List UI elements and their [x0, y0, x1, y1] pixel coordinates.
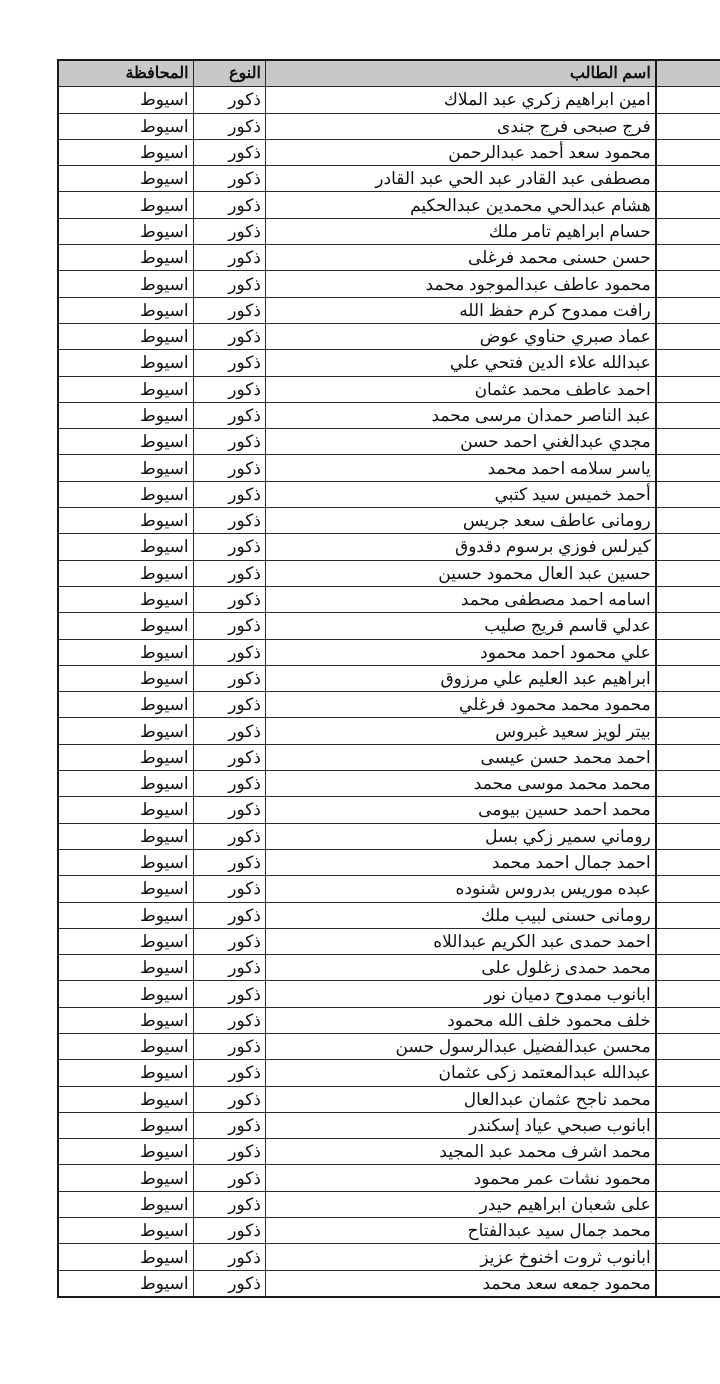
governorate-cell: اسيوط [58, 1112, 193, 1138]
empty-cell [656, 771, 720, 797]
governorate-cell: اسيوط [58, 1218, 193, 1244]
student-name-cell: احمد جمال احمد محمد [265, 849, 655, 875]
table-row: اسيوطذكورمحمد اشرف محمد عبد المجيد [58, 1139, 720, 1165]
empty-cell [656, 876, 720, 902]
type-cell: ذكور [193, 560, 265, 586]
empty-cell [656, 981, 720, 1007]
student-name-cell: حسام ابراهيم تامر ملك [265, 218, 655, 244]
header-type: النوع [193, 60, 265, 87]
student-name-cell: مصطفى عبد القادر عبد الحي عبد القادر [265, 166, 655, 192]
governorate-cell: اسيوط [58, 1033, 193, 1059]
student-name-cell: علي محمود احمد محمود [265, 639, 655, 665]
type-cell: ذكور [193, 665, 265, 691]
governorate-cell: اسيوط [58, 665, 193, 691]
governorate-cell: اسيوط [58, 1086, 193, 1112]
student-name-cell: ياسر سلامه احمد محمد [265, 455, 655, 481]
table-row: اسيوطذكورابانوب ممدوح دميان نور [58, 981, 720, 1007]
governorate-cell: اسيوط [58, 1060, 193, 1086]
table-row: اسيوطذكوركيرلس فوزي برسوم دقدوق [58, 534, 720, 560]
header-row: المحافظة النوع اسم الطالب [58, 60, 720, 87]
table-row: اسيوطذكورمحمد ناجح عثمان عبدالعال [58, 1086, 720, 1112]
student-name-cell: خلف محمود خلف الله محمود [265, 1007, 655, 1033]
table-row: اسيوطذكورابانوب ثروت اخنوخ عزيز [58, 1244, 720, 1270]
table-row: اسيوطذكورحسن حسنى محمد فرغلى [58, 245, 720, 271]
student-name-cell: محمد اشرف محمد عبد المجيد [265, 1139, 655, 1165]
type-cell: ذكور [193, 639, 265, 665]
student-name-cell: محمود عاطف عبدالموجود محمد [265, 271, 655, 297]
student-name-cell: مجدي عبدالغني احمد حسن [265, 429, 655, 455]
type-cell: ذكور [193, 402, 265, 428]
student-name-cell: محمود سعد أحمد عبدالرحمن [265, 139, 655, 165]
governorate-cell: اسيوط [58, 639, 193, 665]
empty-cell [656, 323, 720, 349]
table-row: اسيوطذكورخلف محمود خلف الله محمود [58, 1007, 720, 1033]
empty-cell [656, 429, 720, 455]
type-cell: ذكور [193, 1218, 265, 1244]
type-cell: ذكور [193, 481, 265, 507]
student-name-cell: محمود محمد محمود فرغلي [265, 692, 655, 718]
table-row: اسيوطذكورامين ابراهيم زكري عبد الملاك [58, 87, 720, 113]
student-name-cell: فرج صبحى فرج جندى [265, 113, 655, 139]
table-row: اسيوطذكورمحمد احمد حسين بيومى [58, 797, 720, 823]
student-name-cell: رومانى حسنى لبيب ملك [265, 902, 655, 928]
student-name-cell: عماد صبري حناوي عوض [265, 323, 655, 349]
header-governorate: المحافظة [58, 60, 193, 87]
type-cell: ذكور [193, 692, 265, 718]
header-student-name: اسم الطالب [265, 60, 655, 87]
governorate-cell: اسيوط [58, 560, 193, 586]
type-cell: ذكور [193, 534, 265, 560]
student-name-cell: احمد عاطف محمد عثمان [265, 376, 655, 402]
empty-cell [656, 928, 720, 954]
empty-cell [656, 192, 720, 218]
empty-cell [656, 534, 720, 560]
governorate-cell: اسيوط [58, 271, 193, 297]
type-cell: ذكور [193, 166, 265, 192]
student-name-cell: محمد جمال سيد عبدالفتاح [265, 1218, 655, 1244]
student-name-cell: عبده موريس بدروس شنوده [265, 876, 655, 902]
empty-cell [656, 245, 720, 271]
student-name-cell: ابانوب ممدوح دميان نور [265, 981, 655, 1007]
governorate-cell: اسيوط [58, 218, 193, 244]
type-cell: ذكور [193, 902, 265, 928]
student-name-cell: محمد محمد موسى محمد [265, 771, 655, 797]
empty-cell [656, 481, 720, 507]
governorate-cell: اسيوط [58, 245, 193, 271]
table-body: اسيوطذكورامين ابراهيم زكري عبد الملاكاسي… [58, 87, 720, 1297]
type-cell: ذكور [193, 1165, 265, 1191]
governorate-cell: اسيوط [58, 192, 193, 218]
governorate-cell: اسيوط [58, 849, 193, 875]
table-row: اسيوطذكورحسين عبد العال محمود حسين [58, 560, 720, 586]
student-name-cell: عبدالله علاء الدين فتحي علي [265, 350, 655, 376]
type-cell: ذكور [193, 797, 265, 823]
empty-cell [656, 744, 720, 770]
governorate-cell: اسيوط [58, 718, 193, 744]
student-name-cell: رافت ممدوح كرم حفظ الله [265, 297, 655, 323]
governorate-cell: اسيوط [58, 297, 193, 323]
empty-cell [656, 271, 720, 297]
empty-cell [656, 87, 720, 113]
empty-cell [656, 376, 720, 402]
type-cell: ذكور [193, 1139, 265, 1165]
empty-cell [656, 1218, 720, 1244]
student-name-cell: ابراهيم عبد العليم علي مرزوق [265, 665, 655, 691]
student-name-cell: محمد احمد حسين بيومى [265, 797, 655, 823]
governorate-cell: اسيوط [58, 613, 193, 639]
governorate-cell: اسيوط [58, 534, 193, 560]
governorate-cell: اسيوط [58, 402, 193, 428]
governorate-cell: اسيوط [58, 87, 193, 113]
table-row: اسيوطذكورعبدالله علاء الدين فتحي علي [58, 350, 720, 376]
type-cell: ذكور [193, 1086, 265, 1112]
table-row: اسيوطذكوراحمد محمد حسن عيسى [58, 744, 720, 770]
empty-cell [656, 1033, 720, 1059]
student-name-cell: محمد ناجح عثمان عبدالعال [265, 1086, 655, 1112]
type-cell: ذكور [193, 297, 265, 323]
student-name-cell: امين ابراهيم زكري عبد الملاك [265, 87, 655, 113]
type-cell: ذكور [193, 849, 265, 875]
empty-cell [656, 1191, 720, 1217]
table-row: اسيوطذكورمحمود جمعه سعد محمد [58, 1270, 720, 1297]
table-row: اسيوطذكورابراهيم عبد العليم علي مرزوق [58, 665, 720, 691]
governorate-cell: اسيوط [58, 1270, 193, 1297]
governorate-cell: اسيوط [58, 823, 193, 849]
student-name-cell: ابانوب صبحي عياد إسكندر [265, 1112, 655, 1138]
governorate-cell: اسيوط [58, 955, 193, 981]
type-cell: ذكور [193, 323, 265, 349]
table-row: اسيوطذكورمحمد جمال سيد عبدالفتاح [58, 1218, 720, 1244]
student-name-cell: احمد محمد حسن عيسى [265, 744, 655, 770]
governorate-cell: اسيوط [58, 928, 193, 954]
governorate-cell: اسيوط [58, 1191, 193, 1217]
table-row: اسيوطذكوربيتر لويز سعيد غبروس [58, 718, 720, 744]
type-cell: ذكور [193, 218, 265, 244]
table-row: اسيوطذكورفرج صبحى فرج جندى [58, 113, 720, 139]
table-row: اسيوطذكورعلي محمود احمد محمود [58, 639, 720, 665]
student-name-cell: حسين عبد العال محمود حسين [265, 560, 655, 586]
governorate-cell: اسيوط [58, 376, 193, 402]
table-row: اسيوطذكوراحمد جمال احمد محمد [58, 849, 720, 875]
table-row: اسيوطذكوراحمد عاطف محمد عثمان [58, 376, 720, 402]
table-row: اسيوطذكورعبد الناصر حمدان مرسى محمد [58, 402, 720, 428]
empty-cell [656, 1086, 720, 1112]
governorate-cell: اسيوط [58, 323, 193, 349]
empty-cell [656, 1244, 720, 1270]
type-cell: ذكور [193, 1112, 265, 1138]
student-name-cell: رومانى عاطف سعد جريس [265, 508, 655, 534]
type-cell: ذكور [193, 508, 265, 534]
type-cell: ذكور [193, 245, 265, 271]
empty-cell [656, 955, 720, 981]
empty-cell [656, 1139, 720, 1165]
table-row: اسيوطذكورعلى شعبان ابراهيم حيدر [58, 1191, 720, 1217]
type-cell: ذكور [193, 271, 265, 297]
student-name-cell: محمود جمعه سعد محمد [265, 1270, 655, 1297]
table-row: اسيوطذكورهشام عبدالحي محمدين عبدالحكيم [58, 192, 720, 218]
type-cell: ذكور [193, 744, 265, 770]
table-row: اسيوطذكورمحمد محمد موسى محمد [58, 771, 720, 797]
table-row: اسيوطذكورياسر سلامه احمد محمد [58, 455, 720, 481]
student-name-cell: أحمد خميس سيد كتبي [265, 481, 655, 507]
table-row: اسيوطذكورروماني سمير زكي بسل [58, 823, 720, 849]
empty-cell [656, 1165, 720, 1191]
governorate-cell: اسيوط [58, 1165, 193, 1191]
empty-cell [656, 139, 720, 165]
empty-cell [656, 166, 720, 192]
student-name-cell: محمد حمدى زغلول على [265, 955, 655, 981]
type-cell: ذكور [193, 376, 265, 402]
table-row: اسيوطذكورمحمود محمد محمود فرغلي [58, 692, 720, 718]
student-name-cell: حسن حسنى محمد فرغلى [265, 245, 655, 271]
table-row: اسيوطذكورأحمد خميس سيد كتبي [58, 481, 720, 507]
governorate-cell: اسيوط [58, 876, 193, 902]
student-name-cell: محمود نشات عمر محمود [265, 1165, 655, 1191]
table-row: اسيوطذكورمحمود سعد أحمد عبدالرحمن [58, 139, 720, 165]
type-cell: ذكور [193, 192, 265, 218]
empty-cell [656, 1270, 720, 1297]
type-cell: ذكور [193, 87, 265, 113]
table-row: اسيوطذكورعدلي قاسم فريج صليب [58, 613, 720, 639]
empty-cell [656, 823, 720, 849]
student-name-cell: هشام عبدالحي محمدين عبدالحكيم [265, 192, 655, 218]
empty-cell [656, 1060, 720, 1086]
type-cell: ذكور [193, 771, 265, 797]
empty-cell [656, 113, 720, 139]
governorate-cell: اسيوط [58, 771, 193, 797]
type-cell: ذكور [193, 981, 265, 1007]
table-row: اسيوطذكورعبدالله عبدالمعتمد زكى عثمان [58, 1060, 720, 1086]
table-row: اسيوطذكورمحمود عاطف عبدالموجود محمد [58, 271, 720, 297]
governorate-cell: اسيوط [58, 692, 193, 718]
governorate-cell: اسيوط [58, 902, 193, 928]
empty-cell [656, 718, 720, 744]
empty-cell [656, 1007, 720, 1033]
table-row: اسيوطذكوررومانى حسنى لبيب ملك [58, 902, 720, 928]
governorate-cell: اسيوط [58, 1007, 193, 1033]
type-cell: ذكور [193, 1007, 265, 1033]
governorate-cell: اسيوط [58, 508, 193, 534]
student-name-cell: اسامه احمد مصطفى محمد [265, 586, 655, 612]
governorate-cell: اسيوط [58, 797, 193, 823]
empty-cell [656, 1112, 720, 1138]
table-row: اسيوطذكورعماد صبري حناوي عوض [58, 323, 720, 349]
table-row: اسيوطذكورعبده موريس بدروس شنوده [58, 876, 720, 902]
type-cell: ذكور [193, 586, 265, 612]
type-cell: ذكور [193, 113, 265, 139]
empty-cell [656, 639, 720, 665]
student-name-cell: عبدالله عبدالمعتمد زكى عثمان [265, 1060, 655, 1086]
table-row: اسيوطذكورحسام ابراهيم تامر ملك [58, 218, 720, 244]
type-cell: ذكور [193, 1033, 265, 1059]
table-row: اسيوطذكورمحسن عبدالفضيل عبدالرسول حسن [58, 1033, 720, 1059]
table-row: اسيوطذكوراسامه احمد مصطفى محمد [58, 586, 720, 612]
type-cell: ذكور [193, 928, 265, 954]
type-cell: ذكور [193, 613, 265, 639]
empty-cell [656, 692, 720, 718]
governorate-cell: اسيوط [58, 744, 193, 770]
table-row: اسيوطذكوررومانى عاطف سعد جريس [58, 508, 720, 534]
student-name-cell: كيرلس فوزي برسوم دقدوق [265, 534, 655, 560]
governorate-cell: اسيوط [58, 166, 193, 192]
student-name-cell: على شعبان ابراهيم حيدر [265, 1191, 655, 1217]
empty-cell [656, 613, 720, 639]
type-cell: ذكور [193, 823, 265, 849]
student-name-cell: عدلي قاسم فريج صليب [265, 613, 655, 639]
type-cell: ذكور [193, 350, 265, 376]
student-list-table: المحافظة النوع اسم الطالب اسيوطذكورامين … [57, 59, 720, 1298]
type-cell: ذكور [193, 1191, 265, 1217]
empty-cell [656, 402, 720, 428]
student-name-cell: احمد حمدى عبد الكريم عبداللاه [265, 928, 655, 954]
empty-cell [656, 455, 720, 481]
governorate-cell: اسيوط [58, 586, 193, 612]
table-row: اسيوطذكورمجدي عبدالغني احمد حسن [58, 429, 720, 455]
empty-cell [656, 902, 720, 928]
type-cell: ذكور [193, 876, 265, 902]
student-name-cell: بيتر لويز سعيد غبروس [265, 718, 655, 744]
table-row: اسيوطذكوراحمد حمدى عبد الكريم عبداللاه [58, 928, 720, 954]
governorate-cell: اسيوط [58, 481, 193, 507]
table-row: اسيوطذكورمحمد حمدى زغلول على [58, 955, 720, 981]
empty-cell [656, 297, 720, 323]
type-cell: ذكور [193, 718, 265, 744]
student-name-cell: محسن عبدالفضيل عبدالرسول حسن [265, 1033, 655, 1059]
empty-cell [656, 586, 720, 612]
table-row: اسيوطذكورمصطفى عبد القادر عبد الحي عبد ا… [58, 166, 720, 192]
empty-cell [656, 560, 720, 586]
governorate-cell: اسيوط [58, 350, 193, 376]
governorate-cell: اسيوط [58, 981, 193, 1007]
governorate-cell: اسيوط [58, 455, 193, 481]
type-cell: ذكور [193, 139, 265, 165]
type-cell: ذكور [193, 1270, 265, 1297]
governorate-cell: اسيوط [58, 113, 193, 139]
governorate-cell: اسيوط [58, 1139, 193, 1165]
type-cell: ذكور [193, 455, 265, 481]
header-empty-cell [656, 60, 720, 87]
table-row: اسيوطذكورابانوب صبحي عياد إسكندر [58, 1112, 720, 1138]
student-name-cell: ابانوب ثروت اخنوخ عزيز [265, 1244, 655, 1270]
table-row: اسيوطذكورمحمود نشات عمر محمود [58, 1165, 720, 1191]
type-cell: ذكور [193, 955, 265, 981]
governorate-cell: اسيوط [58, 1244, 193, 1270]
empty-cell [656, 218, 720, 244]
empty-cell [656, 665, 720, 691]
type-cell: ذكور [193, 429, 265, 455]
empty-cell [656, 350, 720, 376]
empty-cell [656, 797, 720, 823]
governorate-cell: اسيوط [58, 139, 193, 165]
empty-cell [656, 508, 720, 534]
student-name-cell: عبد الناصر حمدان مرسى محمد [265, 402, 655, 428]
student-name-cell: روماني سمير زكي بسل [265, 823, 655, 849]
type-cell: ذكور [193, 1244, 265, 1270]
empty-cell [656, 849, 720, 875]
governorate-cell: اسيوط [58, 429, 193, 455]
type-cell: ذكور [193, 1060, 265, 1086]
table-row: اسيوطذكوررافت ممدوح كرم حفظ الله [58, 297, 720, 323]
